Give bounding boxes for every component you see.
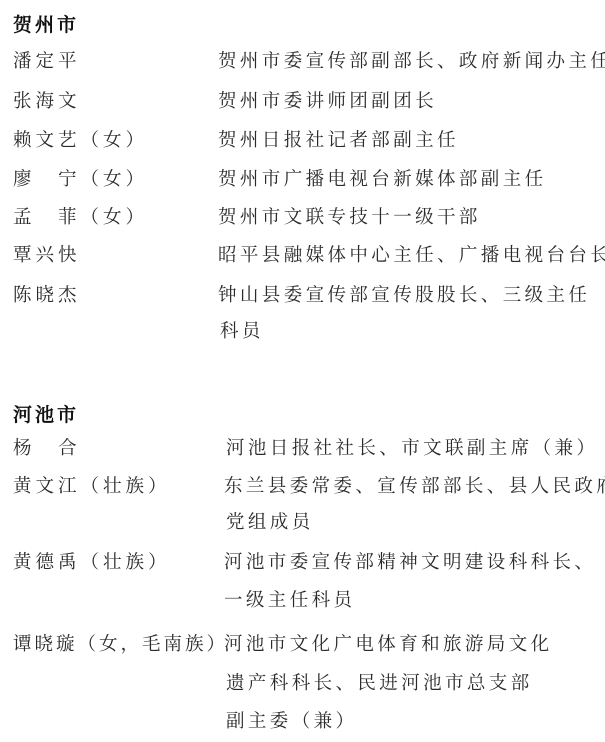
member-role: 党组成员 xyxy=(226,513,314,533)
member-role: 贺州市广播电视台新媒体部副主任 xyxy=(218,170,547,190)
member-name: 谭晓璇（女，毛南族） xyxy=(13,635,228,655)
member-role: 科员 xyxy=(220,322,264,342)
member-role: 一级主任科员 xyxy=(224,591,355,611)
section-title-hechi: 河池市 xyxy=(13,400,79,427)
member-name: 赖文艺（女） xyxy=(13,131,148,151)
member-role: 贺州市委讲师团副团长 xyxy=(218,92,437,112)
member-role: 遗产科科长、民进河池市总支部 xyxy=(226,674,533,694)
member-role: 河池日报社社长、市文联副主席（兼） xyxy=(226,439,598,459)
member-role: 河池市文化广电体育和旅游局文化 xyxy=(224,635,553,655)
member-role: 钟山县委宣传部宣传股股长、三级主任 xyxy=(218,286,590,306)
member-name: 覃兴快 xyxy=(13,246,81,266)
member-role: 贺州日报社记者部副主任 xyxy=(218,131,459,151)
member-role: 贺州市委宣传部副部长、政府新闻办主任 xyxy=(218,52,605,72)
member-role: 贺州市文联专技十一级干部 xyxy=(218,208,481,228)
member-role: 昭平县融媒体中心主任、广播电视台台长 xyxy=(218,246,605,266)
member-name: 孟 菲（女） xyxy=(13,208,148,228)
member-name: 潘定平 xyxy=(13,52,81,72)
member-name: 陈晓杰 xyxy=(13,286,81,306)
member-role: 东兰县委常委、宣传部部长、县人民政府 xyxy=(224,477,605,497)
member-role: 河池市委宣传部精神文明建设科科长、 xyxy=(224,553,596,573)
member-name: 杨 合 xyxy=(13,439,81,459)
member-role: 副主委（兼） xyxy=(226,712,357,732)
member-name: 廖 宁（女） xyxy=(13,170,148,190)
member-name: 黄德禹（壮族） xyxy=(13,553,171,573)
section-title-hezhou: 贺州市 xyxy=(13,10,79,37)
member-name: 黄文江（壮族） xyxy=(13,477,171,497)
member-name: 张海文 xyxy=(13,92,81,112)
